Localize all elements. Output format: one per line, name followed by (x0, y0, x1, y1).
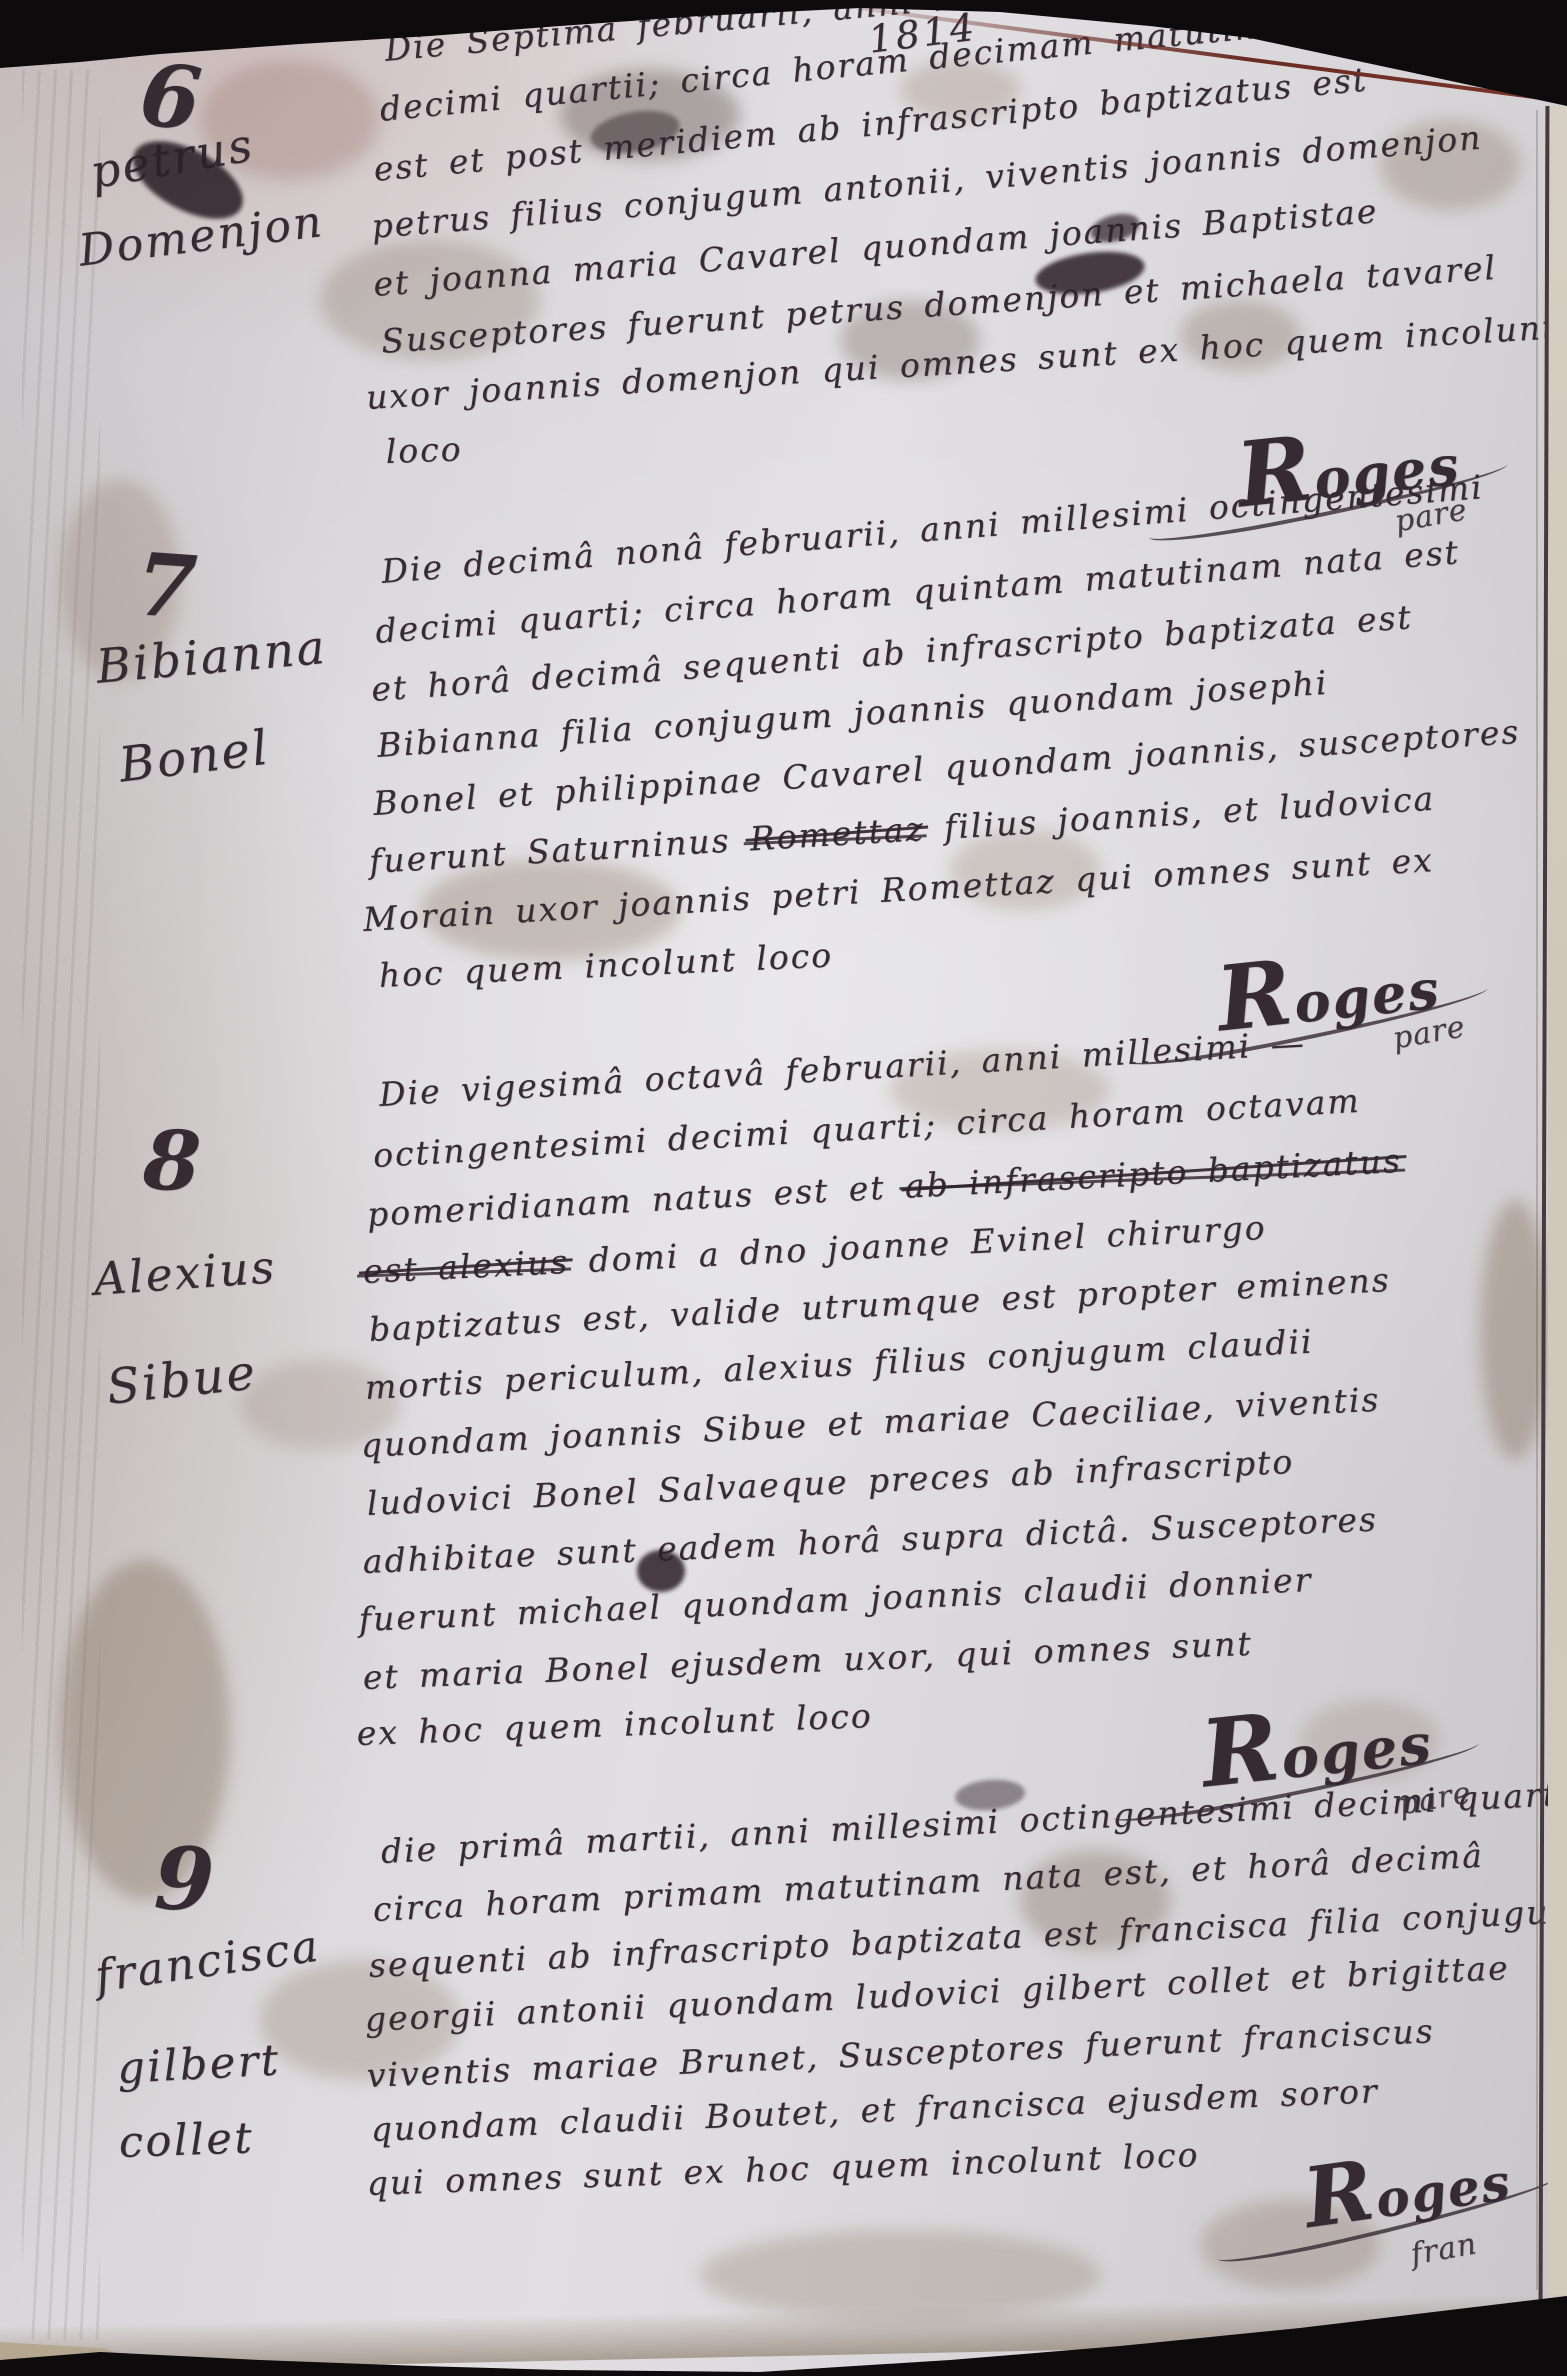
margin-name: francisca (92, 1920, 323, 2002)
register-line: loco (385, 429, 463, 471)
entry-number: 7 (133, 534, 200, 639)
register-line: et maria Bonel ejusdem uxor, qui omnes s… (362, 1624, 1253, 1697)
signature-subscript: fran (1408, 2226, 1480, 2272)
margin-name: Bonel (116, 720, 273, 794)
register-line: ex hoc quem incolunt loco (356, 1696, 873, 1753)
handwriting-layer: 1814 6petrusDomenjonDie Septimâ februari… (0, 0, 1567, 2376)
register-line: hoc quem incolunt loco (378, 935, 834, 995)
struck-text: Romettaz (749, 809, 926, 858)
margin-name: Alexius (92, 1240, 278, 1306)
struck-text: ab infrascripto baptizatus (904, 1141, 1403, 1206)
margin-name: collet (118, 2113, 255, 2168)
entry-number: 8 (141, 1112, 203, 1211)
margin-name: Domenjon (76, 196, 327, 277)
register-page-photo: 1814 6petrusDomenjonDie Septimâ februari… (0, 0, 1567, 2376)
margin-name: Sibue (104, 1344, 260, 1415)
entry-number: 9 (152, 1828, 215, 1931)
margin-name: gilbert (116, 2035, 282, 2093)
priest-signature: Roges (1298, 2123, 1516, 2247)
struck-text: est alexius (362, 1242, 570, 1291)
register-line: qui omnes sunt ex hoc quem incolunt loco (366, 2135, 1200, 2203)
margin-name: Bibianna (94, 620, 329, 695)
